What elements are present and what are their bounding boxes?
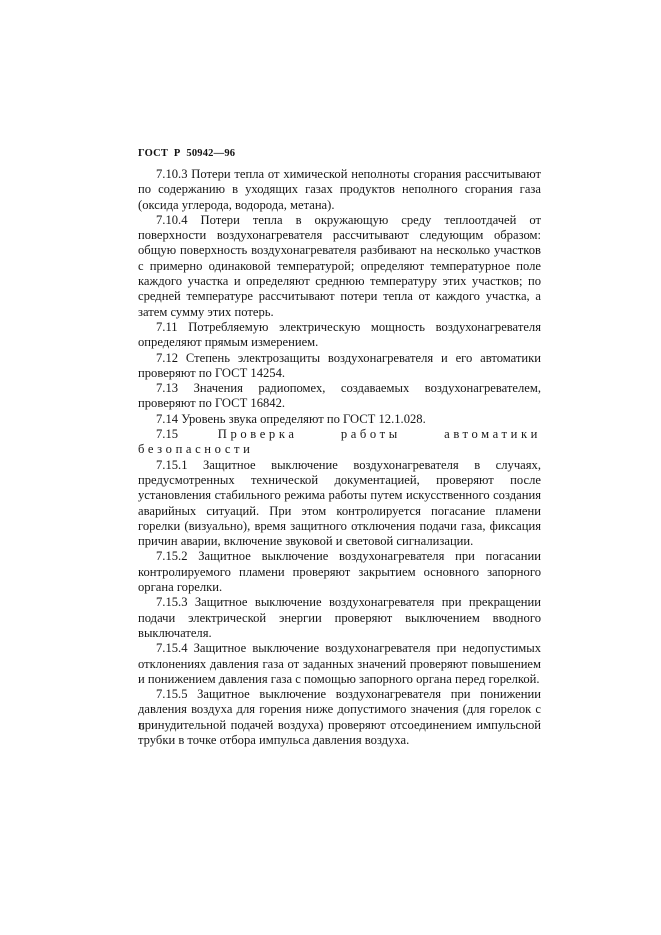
paragraph-7-15-3: 7.15.3 Защитное выключение воздухонагрев… xyxy=(138,595,541,641)
paragraph-7-15-5: 7.15.5 Защитное выключение воздухонагрев… xyxy=(138,687,541,748)
document-page: ГОСТ Р 50942—96 7.10.3 Потери тепла от х… xyxy=(0,0,661,935)
paragraph-7-15-4: 7.15.4 Защитное выключение воздухонагрев… xyxy=(138,641,541,687)
document-body: 7.10.3 Потери тепла от химической неполн… xyxy=(138,167,541,748)
paragraph-7-10-4: 7.10.4 Потери тепла в окружающую среду т… xyxy=(138,213,541,320)
section-heading-7-15: 7.15 Проверка работы автоматики безопасн… xyxy=(138,427,541,458)
paragraph-7-14: 7.14 Уровень звука определяют по ГОСТ 12… xyxy=(138,412,541,427)
paragraph-7-13: 7.13 Значения радиопомех, создаваемых во… xyxy=(138,381,541,412)
paragraph-7-15-1: 7.15.1 Защитное выключение воздухонагрев… xyxy=(138,458,541,550)
document-code-header: ГОСТ Р 50942—96 xyxy=(138,148,235,159)
paragraph-7-12: 7.12 Степень электрозащиты воздухонагрев… xyxy=(138,351,541,382)
section-title: Проверка работы автоматики безопасности xyxy=(138,427,541,456)
paragraph-7-11: 7.11 Потребляемую электрическую мощность… xyxy=(138,320,541,351)
paragraph-7-10-3: 7.10.3 Потери тепла от химической неполн… xyxy=(138,167,541,213)
section-number: 7.15 xyxy=(156,427,178,441)
paragraph-7-15-2: 7.15.2 Защитное выключение воздухонагрев… xyxy=(138,549,541,595)
page-number: 6 xyxy=(139,721,145,733)
